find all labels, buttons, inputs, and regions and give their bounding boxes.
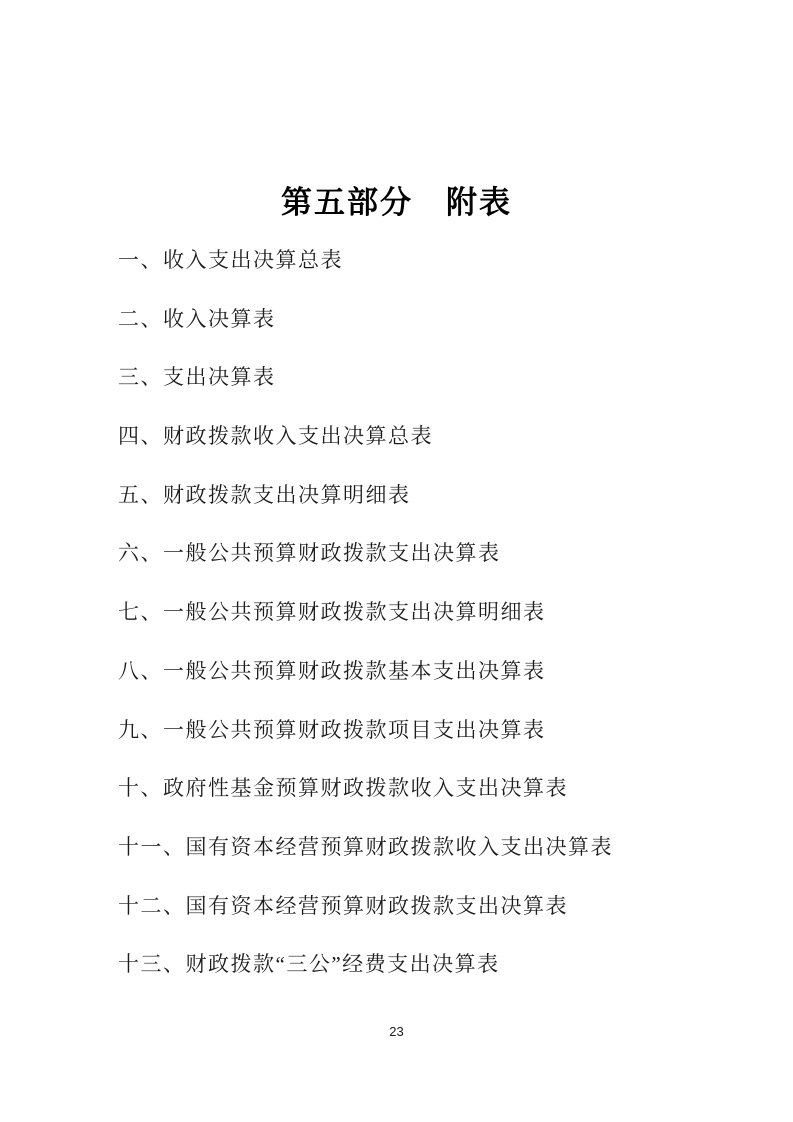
page-footer: 23: [0, 1023, 793, 1041]
toc-item-2: 二、收入决算表: [118, 308, 733, 331]
toc-item-6: 六、一般公共预算财政拨款支出决算表: [118, 542, 733, 565]
toc-item-5: 五、财政拨款支出决算明细表: [118, 484, 733, 507]
toc-item-11: 十一、国有资本经营预算财政拨款收入支出决算表: [118, 836, 733, 859]
toc-item-13: 十三、财政拨款“三公”经费支出决算表: [118, 953, 733, 976]
toc-item-4: 四、财政拨款收入支出决算总表: [118, 425, 733, 448]
toc-list: 一、收入支出决算总表 二、收入决算表 三、支出决算表 四、财政拨款收入支出决算总…: [118, 249, 733, 1012]
toc-item-7: 七、一般公共预算财政拨款支出决算明细表: [118, 601, 733, 624]
toc-item-12: 十二、国有资本经营预算财政拨款支出决算表: [118, 895, 733, 918]
document-page: 第五部分 附表 一、收入支出决算总表 二、收入决算表 三、支出决算表 四、财政拨…: [0, 0, 793, 1122]
toc-item-9: 九、一般公共预算财政拨款项目支出决算表: [118, 719, 733, 742]
toc-item-10: 十、政府性基金预算财政拨款收入支出决算表: [118, 777, 733, 800]
page-title: 第五部分 附表: [0, 186, 793, 220]
toc-item-3: 三、支出决算表: [118, 366, 733, 389]
page-number: 23: [389, 1024, 403, 1039]
toc-item-8: 八、一般公共预算财政拨款基本支出决算表: [118, 660, 733, 683]
toc-item-1: 一、收入支出决算总表: [118, 249, 733, 272]
